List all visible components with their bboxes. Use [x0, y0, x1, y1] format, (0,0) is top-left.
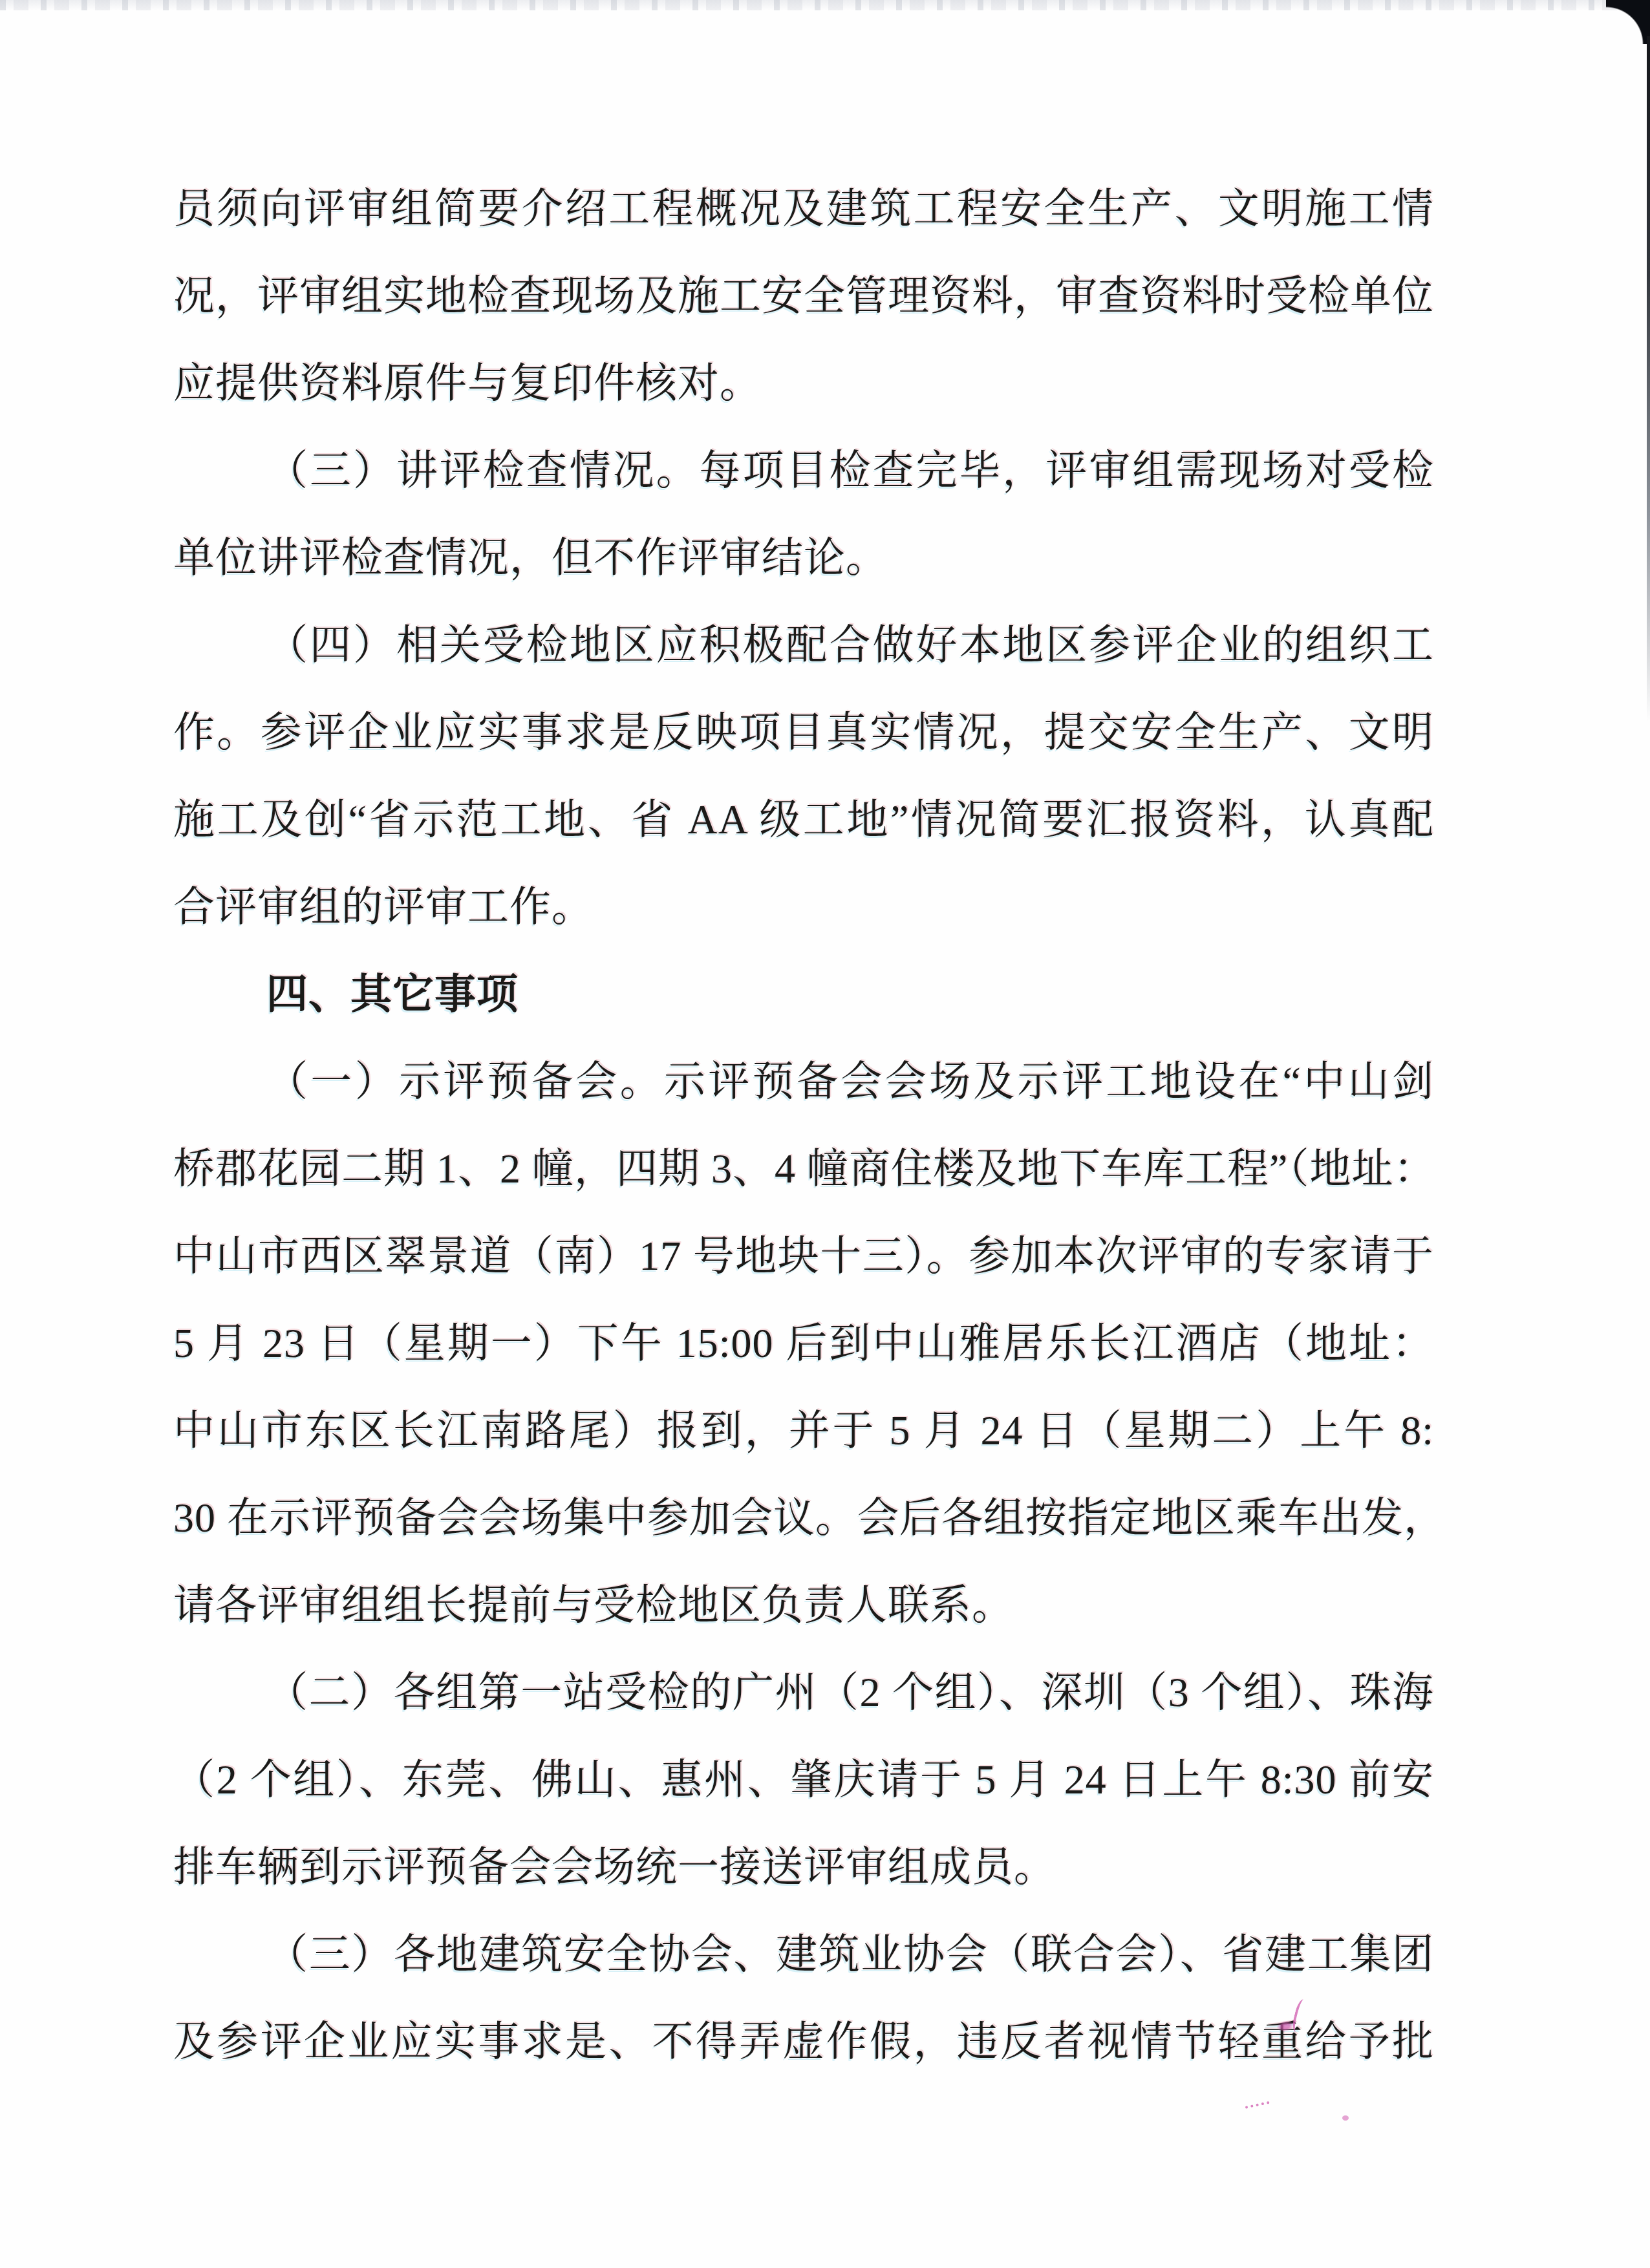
text-line-10: 四、其它事项 [173, 950, 1434, 1038]
scan-edge-line [1647, 36, 1650, 722]
scanned-document-page: 员须向评审组简要介绍工程概况及建筑工程安全生产、文明施工情况，评审组实地检查现场… [0, 0, 1650, 2268]
text-line-14: 5 月 23 日（星期一）下午 15:00 后到中山雅居乐长江酒店（地址： [173, 1300, 1434, 1387]
pink-pen-smudge [1243, 2091, 1269, 2108]
text-line-6: （四）相关受检地区应积极配合做好本地区参评企业的组织工 [173, 601, 1434, 689]
text-line-17: 请各评审组组长提前与受检地区负责人联系。 [173, 1561, 1434, 1649]
text-line-11: （一）示评预备会。示评预备会会场及示评工地设在“中山剑 [173, 1038, 1434, 1125]
text-line-12: 桥郡花园二期 1、2 幢，四期 3、4 幢商住楼及地下车库工程”（地址： [173, 1125, 1434, 1212]
text-line-18: （二）各组第一站受检的广州（2 个组）、深圳（3 个组）、珠海 [173, 1649, 1434, 1736]
text-line-16: 30 在示评预备会会场集中参加会议。会后各组按指定地区乘车出发， [173, 1474, 1434, 1561]
text-line-3: 应提供资料原件与复印件核对。 [173, 339, 1434, 427]
text-line-7: 作。参评企业应实事求是反映项目真实情况，提交安全生产、文明 [173, 689, 1434, 776]
text-line-5: 单位讲评检查情况，但不作评审结论。 [173, 514, 1434, 601]
document-body: 员须向评审组简要介绍工程概况及建筑工程安全生产、文明施工情况，评审组实地检查现场… [173, 165, 1434, 2085]
text-line-20: 排车辆到示评预备会会场统一接送评审组成员。 [173, 1823, 1434, 1910]
text-line-4: （三）讲评检查情况。每项目检查完毕，评审组需现场对受检 [173, 427, 1434, 514]
text-line-9: 合评审组的评审工作。 [173, 863, 1434, 950]
scanner-lid-corner-artifact [1606, 0, 1650, 44]
text-line-8: 施工及创“省示范工地、省 AA 级工地”情况简要汇报资料，认真配 [173, 776, 1434, 863]
text-line-2: 况，评审组实地检查现场及施工安全管理资料，审查资料时受检单位 [173, 252, 1434, 339]
text-line-19: （2 个组）、东莞、佛山、惠州、肇庆请于 5 月 24 日上午 8:30 前安 [173, 1736, 1434, 1823]
text-line-1: 员须向评审组简要介绍工程概况及建筑工程安全生产、文明施工情 [173, 165, 1434, 252]
scan-noise-strip [0, 0, 1650, 10]
text-line-21: （三）各地建筑安全协会、建筑业协会（联合会）、省建工集团 [173, 1910, 1434, 1998]
text-line-15: 中山市东区长江南路尾）报到，并于 5 月 24 日（星期二）上午 8: [173, 1387, 1434, 1474]
text-line-22: 及参评企业应实事求是、不得弄虚作假，违反者视情节轻重给予批 [173, 1998, 1434, 2085]
text-line-13: 中山市西区翠景道（南）17 号地块十三）。参加本次评审的专家请于 [173, 1212, 1434, 1300]
pink-pen-smudge [1342, 2115, 1349, 2121]
